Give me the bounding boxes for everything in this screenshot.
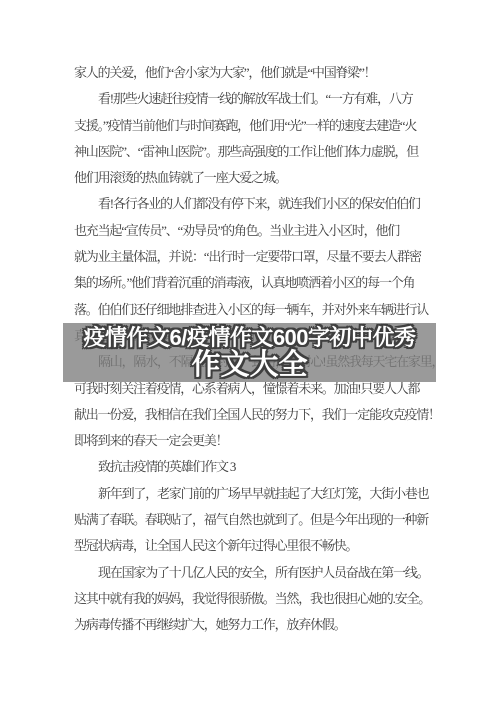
text-line: 看!那些火速赶往疫情一线的解放军战士们。“一方有难，八方 bbox=[74, 86, 438, 112]
text-line: 即将到来的春天一定会更美！ bbox=[74, 428, 438, 454]
text-line: 这其中就有我的妈妈，我觉得很骄傲。当然，我也很担心她的.安全。 bbox=[74, 586, 438, 612]
title-overlay-banner: 疫情作文6/疫情作文600字初中优秀 作文大全 bbox=[63, 323, 436, 382]
text-line: 新年到了，老家门前的广场早早就挂起了大红灯笼，大街小巷也 bbox=[74, 481, 438, 507]
text-line: 落。伯伯们还仔细地排查进入小区的每一辆车，并对外来车辆进行认 bbox=[74, 297, 438, 323]
overlay-title-line2: 作文大全 bbox=[191, 350, 307, 381]
text-line: 也充当起“宣传员”、“劝导员”的角色。当业主进入小区时，他们 bbox=[74, 218, 438, 244]
text-line: 神山医院”、“雷神山医院”。那些高强度的工作让他们体力虚脱，但 bbox=[74, 139, 438, 165]
text-line: 现在国家为了十几亿人民的安全，所有医护人员奋战在第一线。 bbox=[74, 560, 438, 586]
text-line: 贴满了春联。春联贴了，福气自然也就到了。但是今年出现的一种新 bbox=[74, 507, 438, 533]
document-page: 家人的关爱，他们“舍小家为大家”，他们就是“中国脊梁”！ 看!那些火速赶往疫情一… bbox=[0, 0, 500, 707]
text-line: 看!各行各业的人们都没有停下来，就连我们小区的保安伯伯们 bbox=[74, 191, 438, 217]
text-line: 型冠状病毒，让全国人民这个新年过得心里很不畅快。 bbox=[74, 533, 438, 559]
text-line: 家人的关爱，他们“舍小家为大家”，他们就是“中国脊梁”！ bbox=[74, 60, 438, 86]
text-line: 献出一份爱，我相信在我们全国人民的努力下，我们一定能攻克疫情！ bbox=[74, 402, 438, 428]
text-line: 为病毒传播不再继续扩大，她努力工作，放弃休假。 bbox=[74, 612, 438, 638]
text-line: 他们用滚烫的热血铸就了一座大爱之城。 bbox=[74, 165, 438, 191]
text-line: 致抗击疫情的英雄们作文 3 bbox=[74, 454, 438, 480]
overlay-title-line1: 疫情作文6/疫情作文600字初中优秀 bbox=[83, 325, 415, 350]
text-line: 集的场所。”他们背着沉重的消毒液，认真地喷洒着小区的每一个角 bbox=[74, 270, 438, 296]
text-line: 支援。”疫情当前他们与时间赛跑，他们用“光”一样的速度去建造“火 bbox=[74, 113, 438, 139]
text-line: 就为业主量体温，并说：“出行时一定要带口罩，尽量不要去人群密 bbox=[74, 244, 438, 270]
